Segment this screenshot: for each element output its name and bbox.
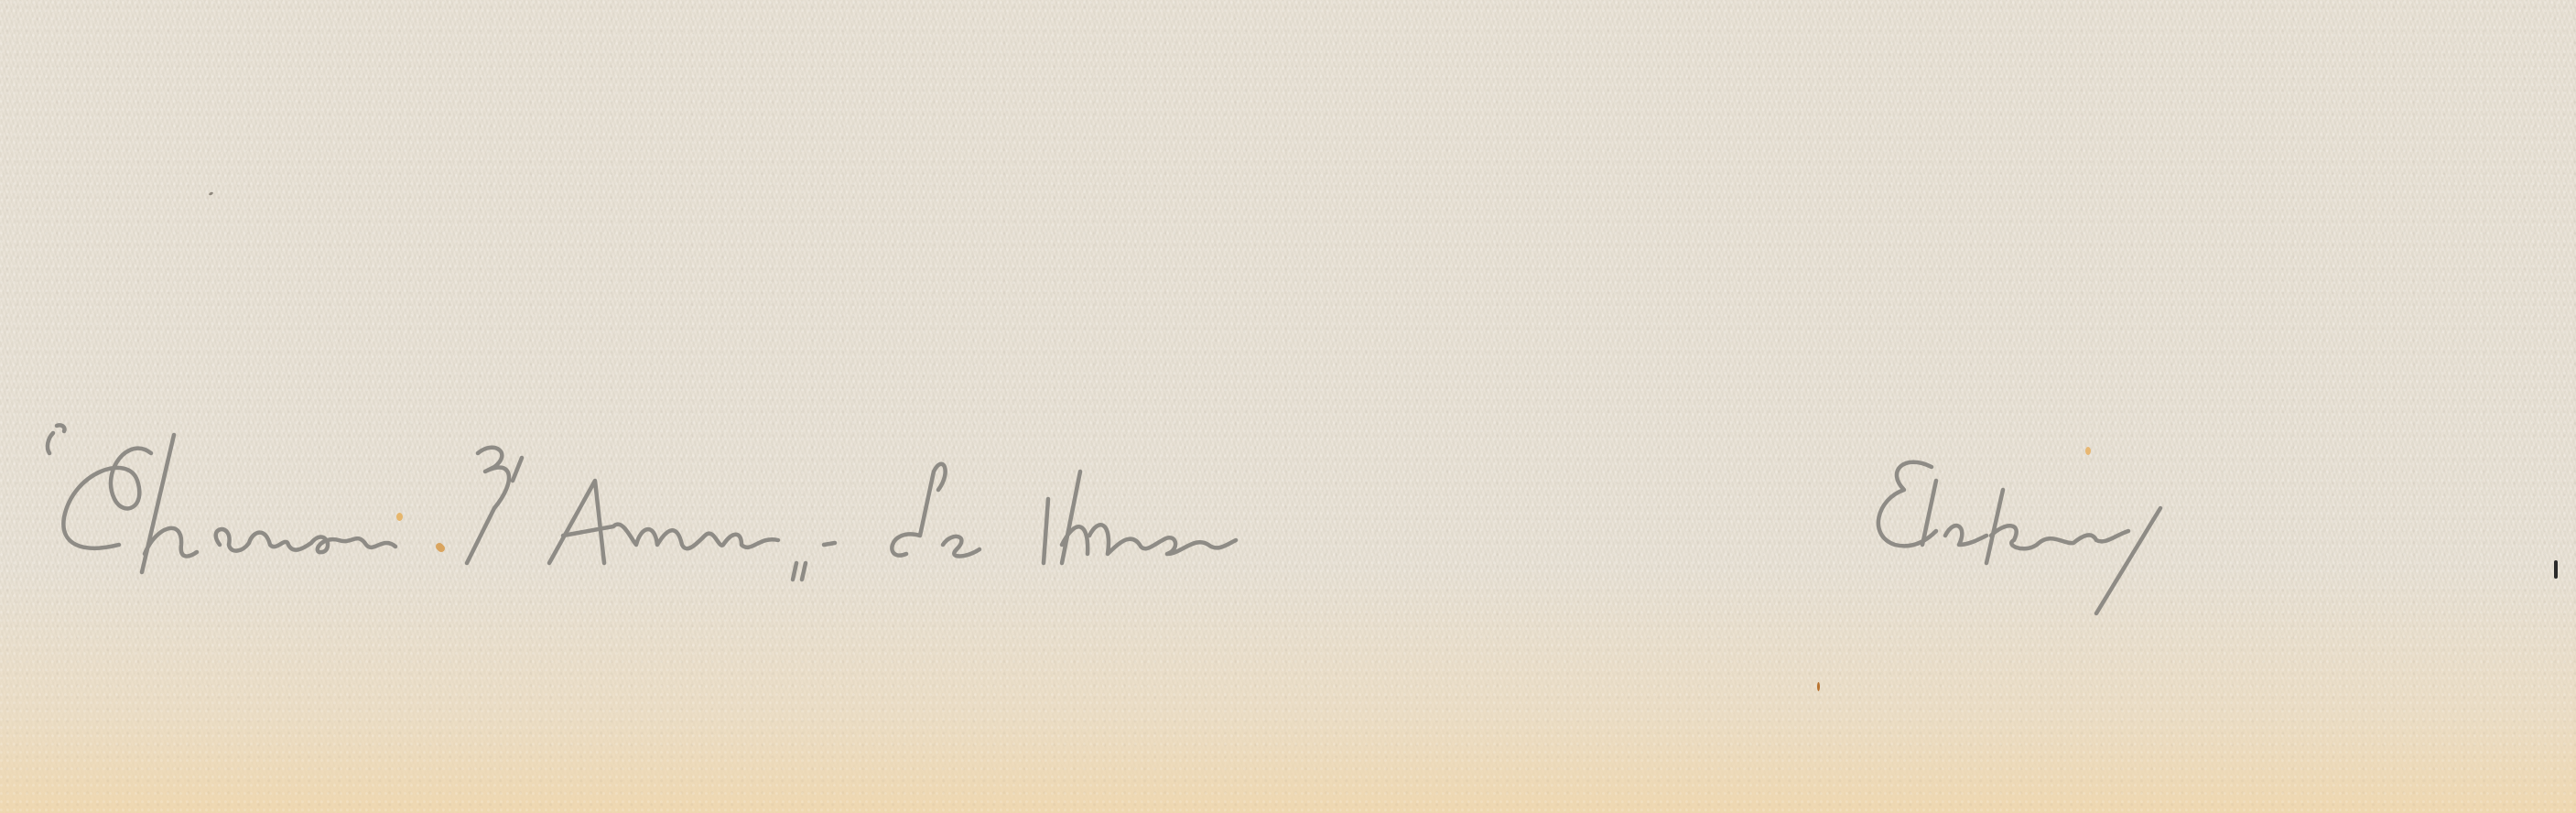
- paper-grain: [0, 0, 2576, 813]
- inscription-text: "Chanson d'Amour" - de Mase Elskamp.: [92, 458, 1472, 526]
- paper-sheet: "Chanson d'Amour" - de Mase Elskamp.: [0, 0, 2576, 813]
- foxing-spot: [1817, 682, 1820, 691]
- ink-speck: [209, 191, 214, 196]
